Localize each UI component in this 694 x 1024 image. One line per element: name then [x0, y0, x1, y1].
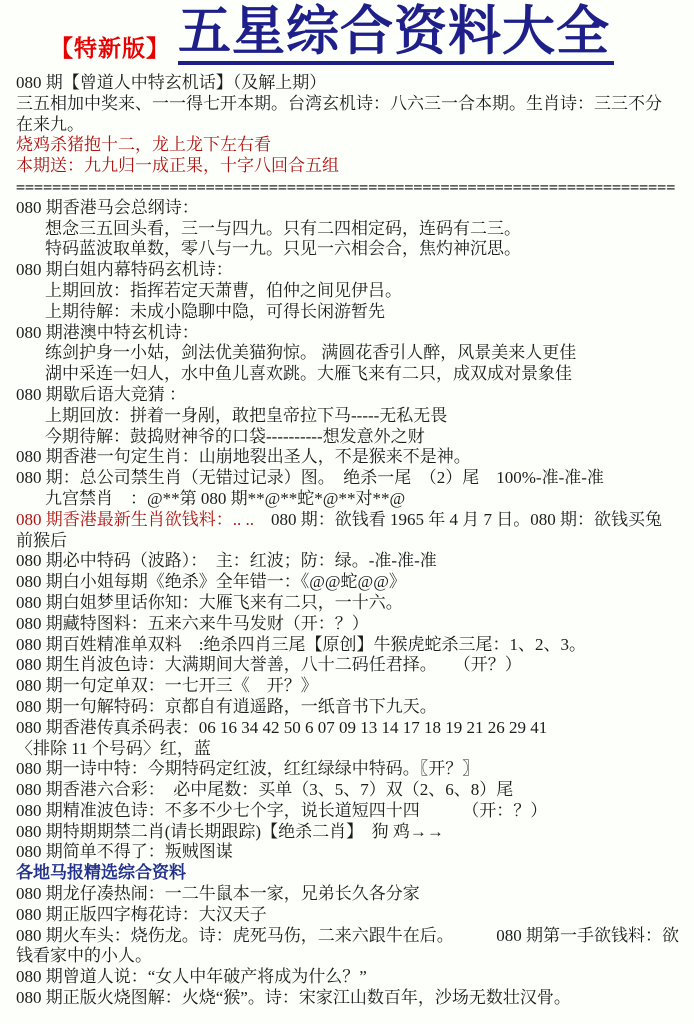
- text-line-22: 080 期香港最新生肖欲钱料：.. .. 080 期：欲钱看 1965 年 4 …: [16, 510, 686, 531]
- text-line-3: 在来九。: [16, 115, 686, 136]
- text-line-42: 080 期火车头：烧伤龙。诗：虎死马伤，二来六跟牛在后。 080 期第一手欲钱料…: [16, 926, 686, 947]
- text-line-32: 080 期香港传真杀码表：06 16 34 42 50 6 07 09 13 1…: [16, 718, 686, 739]
- text-line-12: 上期待解：未成小隐聊中隐，可得长闲游暂先: [16, 302, 686, 323]
- text-line-13: 080 期港澳中特玄机诗：: [16, 323, 686, 344]
- content-lines: 080 期【曾道人中特玄机话】（及解上期）三五相加中奖来、一一得七开本期。台湾玄…: [0, 71, 694, 1009]
- text-line-38: 080 期简单不得了：叛贼图谋: [16, 842, 686, 863]
- text-line-28: 080 期百姓精准单双料 :绝杀四肖三尾【原创】牛猴虎蛇杀三尾：1、2、3。: [16, 635, 686, 656]
- text-line-2: 三五相加中奖来、一一得七开本期。台湾玄机诗：八六三一合本期。生肖诗：三三不分: [16, 94, 686, 115]
- text-line-15: 湖中采连一妇人，水中鱼儿喜欢跳。大雁飞来有二只，成双成对景象佳: [16, 364, 686, 385]
- text-line-26: 080 期白姐梦里话你知：大雁飞来有二只，一十六。: [16, 593, 686, 614]
- text-line-37: 080 期特期期禁二肖(请长期跟踪)【绝杀二肖】 狗 鸡→→: [16, 822, 686, 843]
- text-line-4: 烧鸡杀猪抱十二，龙上龙下左右看: [16, 135, 686, 156]
- text-line-24: 080 期必中特码（波路）： 主：红波；防：绿。-准-准-准: [16, 551, 686, 572]
- text-line-34: 080 期一诗中特：今期特码定红波，红红绿绿中特码。〖开？〗: [16, 759, 686, 780]
- section-heading: 各地马报精选综合资料: [16, 863, 686, 884]
- text-line-19: 080 期香港一句定生肖：山崩地裂出圣人，不是猴来不是神。: [16, 447, 686, 468]
- separator-line: ========================================…: [16, 177, 686, 198]
- text-line-21: 九宫禁肖 ：@**第 080 期**@**蛇*@**对**@: [16, 489, 686, 510]
- text-line-29: 080 期生肖波色诗：大满期间大誉善，八十二码任君择。 （开？）: [16, 655, 686, 676]
- text-segment: 080 期香港最新生肖欲钱料：: [16, 510, 233, 529]
- text-line-43: 钱看家中的小人。: [16, 946, 686, 967]
- text-line-16: 080 期歇后语大竞猜 ：: [16, 385, 686, 406]
- text-line-40: 080 期龙仔凑热闹：一二牛鼠本一家，兄弟长久各分家: [16, 884, 686, 905]
- text-line-11: 上期回放：指挥若定天萧曹，伯仲之间见伊吕。: [16, 281, 686, 302]
- text-line-41: 080 期正版四字梅花诗：大汉天子: [16, 905, 686, 926]
- text-line-23: 前猴后: [16, 531, 686, 552]
- text-line-17: 上期回放：拼着一身剐，敢把皇帝拉下马-----无私无畏: [16, 406, 686, 427]
- text-line-35: 080 期香港六合彩： 必中尾数：买单（3、5、7）双（2、6、8）尾: [16, 780, 686, 801]
- text-segment: 080 期：欲钱看 1965 年 4 月 7 日。080 期：欲钱买兔: [254, 510, 662, 529]
- text-line-5: 本期送：九九归一成正果，十字八回合五组: [16, 156, 686, 177]
- text-line-1: 080 期【曾道人中特玄机话】（及解上期）: [16, 73, 686, 94]
- edition-badge: 【特新版】: [50, 30, 170, 63]
- text-line-8: 想念三五回头看，三一与四九。只有二四相定码，连码有二三。: [16, 219, 686, 240]
- text-segment: .. ..: [233, 510, 254, 529]
- lottery-info-page: 【特新版】 五星综合资料大全 080 期【曾道人中特玄机话】（及解上期）三五相加…: [0, 0, 694, 1024]
- text-line-31: 080 期一句解特码：京都自有逍遥路，一纸音书下九天。: [16, 697, 686, 718]
- text-line-45: 080 期正版火烧图解：火烧“猴”。诗：宋家江山数百年，沙场无数壮汉骨。: [16, 988, 686, 1009]
- text-line-25: 080 期白小姐每期《绝杀》全年错一：《@@蛇@@》: [16, 572, 686, 593]
- page-title: 五星综合资料大全: [178, 4, 614, 65]
- text-line-30: 080 期一句定单双：一七开三《 开？》: [16, 676, 686, 697]
- text-line-18: 今期待解：鼓捣财神爷的口袋----------想发意外之财: [16, 427, 686, 448]
- text-line-27: 080 期藏特图料：五来六来牛马发财（开：？）: [16, 614, 686, 635]
- text-line-14: 练剑护身一小姑，剑法优美猫狗惊。 满圆花香引人醉，风景美来人更佳: [16, 343, 686, 364]
- text-line-36: 080 期精准波色诗：不多不少七个字，说长道短四十四 （开：？）: [16, 801, 686, 822]
- text-line-33: 〈排除 11 个号码〉红，蓝: [16, 739, 686, 760]
- text-line-9: 特码蓝波取单数，零八与一九。只见一六相会合，焦灼神沉思。: [16, 239, 686, 260]
- text-line-7: 080 期香港马会总纲诗：: [16, 198, 686, 219]
- text-line-44: 080 期曾道人说：“女人中年破产将成为什么？”: [16, 967, 686, 988]
- text-line-10: 080 期白姐内幕特码玄机诗：: [16, 260, 686, 281]
- page-header: 【特新版】 五星综合资料大全: [0, 0, 694, 71]
- text-line-20: 080 期：总公司禁生肖（无错过记录）图。 绝杀一尾 （2）尾 100%-准-准…: [16, 468, 686, 489]
